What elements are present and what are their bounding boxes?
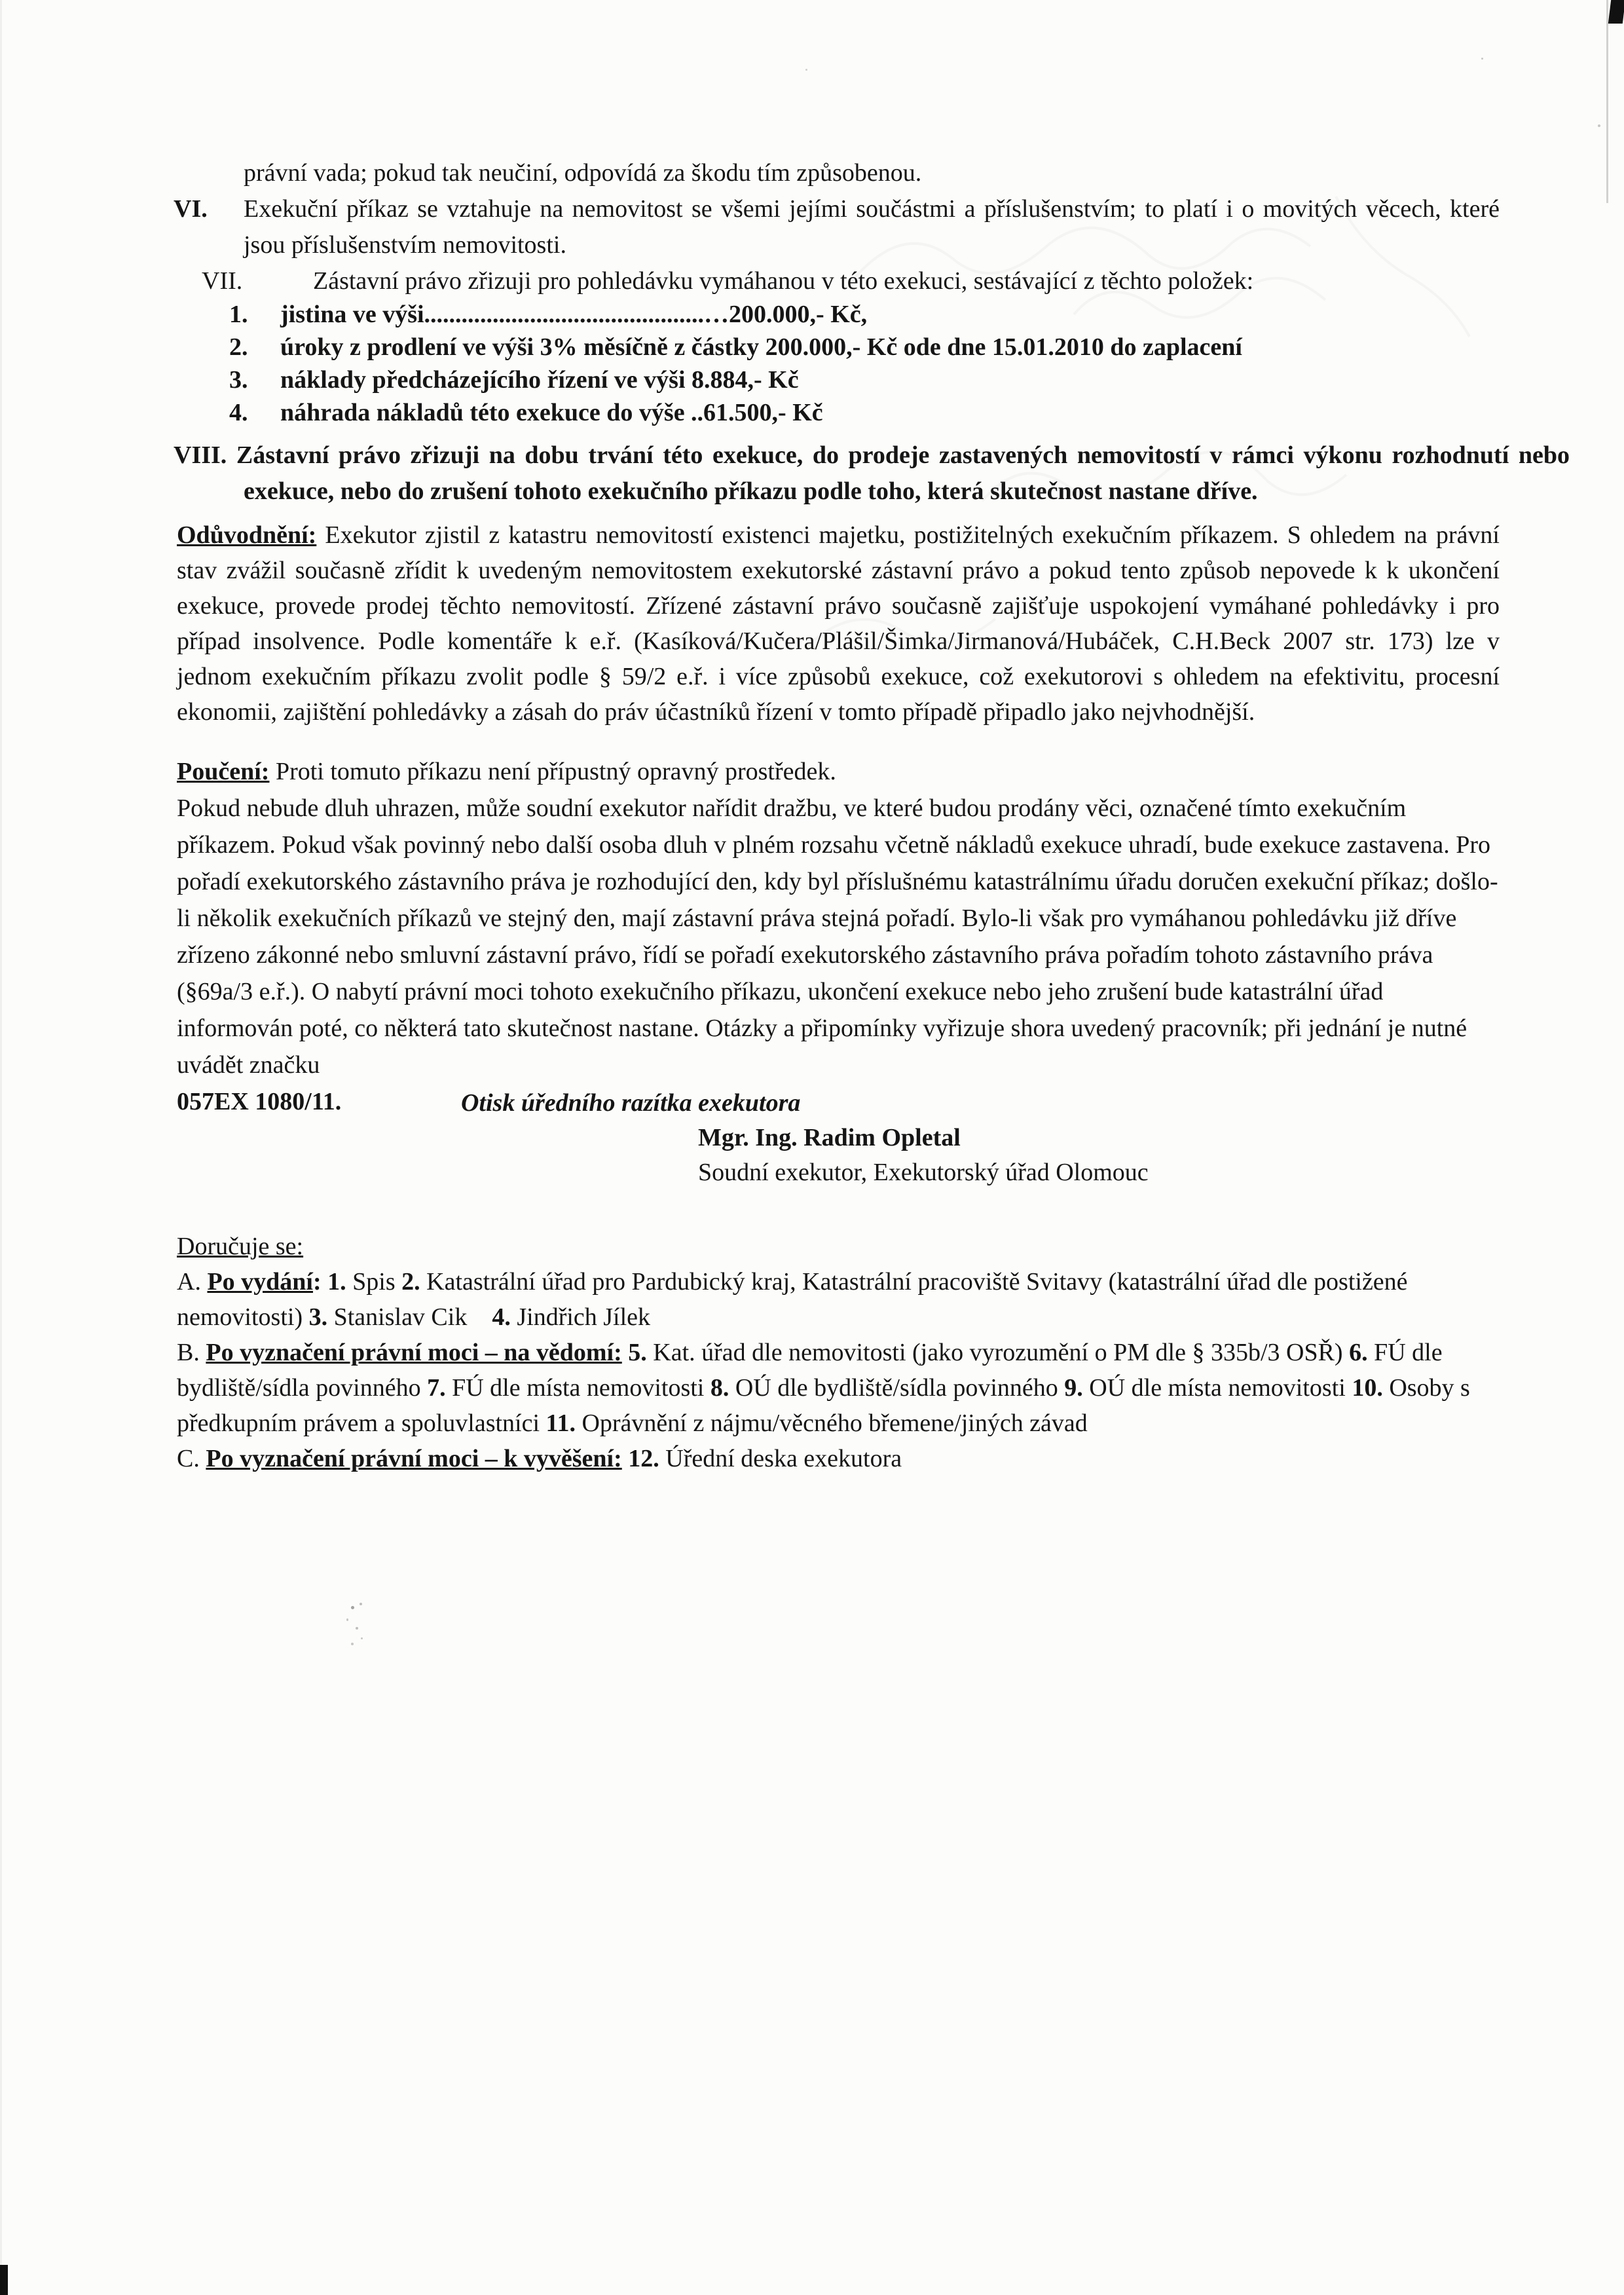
claim-item-text: náhrada nákladů této exekuce do výše ..6… [280, 396, 823, 429]
scan-artifact-corner-bottom-left [0, 2265, 8, 2295]
pouceni-intro: Proti tomuto příkazu není přípustný opra… [269, 758, 836, 785]
claim-item-text: jistina ve výši.........................… [280, 298, 867, 331]
stamp-note: Otisk úředního razítka exekutora [461, 1085, 800, 1121]
delivery-line-c: C. Po vyznačení právní moci – k vyvěšení… [177, 1441, 1500, 1476]
clause-vii-text: Zástavní právo zřizuji pro pohledávku vy… [313, 263, 1500, 299]
case-number: 057EX 1080/11. [177, 1083, 1500, 1120]
claim-item-text: náklady předcházejícího řízení ve výši 8… [280, 364, 799, 396]
oduvodneni-text: Exekutor zjistil z katastru nemovitostí … [177, 521, 1500, 726]
executor-title: Soudní exekutor, Exekutorský úřad Olomou… [698, 1155, 1149, 1191]
oduvodneni-label: Odůvodnění: [177, 521, 316, 549]
claim-item-number: 3. [229, 364, 280, 396]
section-oduvodneni: Odůvodnění: Exekutor zjistil z katastru … [177, 517, 1500, 730]
clause-vi: VI. Exekuční příkaz se vztahuje na nemov… [174, 191, 1500, 263]
scan-speck [361, 1637, 363, 1639]
scan-speck [351, 1643, 354, 1645]
scan-speck [360, 1603, 362, 1605]
clause-viii-numeral: VIII. [174, 441, 227, 469]
clause-viii-text: Zástavní právo zřizuji na dobu trvání té… [236, 441, 1570, 505]
delivery-line-b: B. Po vyznačení právní moci – na vědomí:… [177, 1335, 1500, 1441]
section-pouceni: Poučení: Proti tomuto příkazu není přípu… [177, 753, 1500, 1120]
clause-vi-text: Exekuční příkaz se vztahuje na nemovitos… [244, 191, 1500, 263]
claim-item: 2. úroky z prodlení ve výši 3% měsíčně z… [229, 331, 1506, 364]
scan-artifact-left-edge-stripe [0, 0, 2, 2295]
pouceni-label: Poučení: [177, 758, 269, 785]
claim-item-number: 2. [229, 331, 280, 364]
claim-item: 1. jistina ve výši......................… [229, 298, 1506, 331]
delivery-line-a: A. Po vydání: 1. Spis 2. Katastrální úřa… [177, 1264, 1500, 1335]
scan-speck [351, 1606, 354, 1609]
scan-artifact-right-edge-line [1606, 0, 1608, 203]
clause-vi-numeral: VI. [174, 191, 208, 227]
pouceni-intro-line: Poučení: Proti tomuto příkazu není přípu… [177, 753, 1500, 790]
scan-speck [1598, 124, 1600, 127]
claim-item-number: 4. [229, 396, 280, 429]
claim-item-number: 1. [229, 298, 280, 331]
claim-list: 1. jistina ve výši......................… [229, 298, 1506, 429]
scan-speck [346, 1618, 348, 1621]
executor-name: Mgr. Ing. Radim Opletal [698, 1120, 961, 1156]
clause-v-continuation: právní vada; pokud tak neučiní, odpovídá… [244, 155, 1500, 191]
clause-viii: VIII. Zástavní právo zřizuji na dobu trv… [174, 438, 1570, 510]
scan-speck [805, 69, 807, 71]
pouceni-body: Pokud nebude dluh uhrazen, může soudní e… [177, 790, 1500, 1083]
scan-speck [656, 709, 663, 717]
section-delivery: Doručuje se: A. Po vydání: 1. Spis 2. Ka… [177, 1229, 1500, 1476]
claim-item: 3. náklady předcházejícího řízení ve výš… [229, 364, 1506, 396]
scan-artifact-corner-top-right [1608, 0, 1624, 24]
clause-vii-numeral: VII. [202, 263, 242, 299]
document-page: právní vada; pokud tak neučiní, odpovídá… [0, 0, 1624, 2295]
scan-speck [1481, 58, 1483, 60]
delivery-heading: Doručuje se: [177, 1229, 1500, 1264]
scan-speck [356, 1627, 358, 1630]
claim-item-text: úroky z prodlení ve výši 3% měsíčně z čá… [280, 331, 1242, 364]
claim-item: 4. náhrada nákladů této exekuce do výše … [229, 396, 1506, 429]
clause-vii: VII. Zástavní právo zřizuji pro pohledáv… [202, 263, 1500, 299]
